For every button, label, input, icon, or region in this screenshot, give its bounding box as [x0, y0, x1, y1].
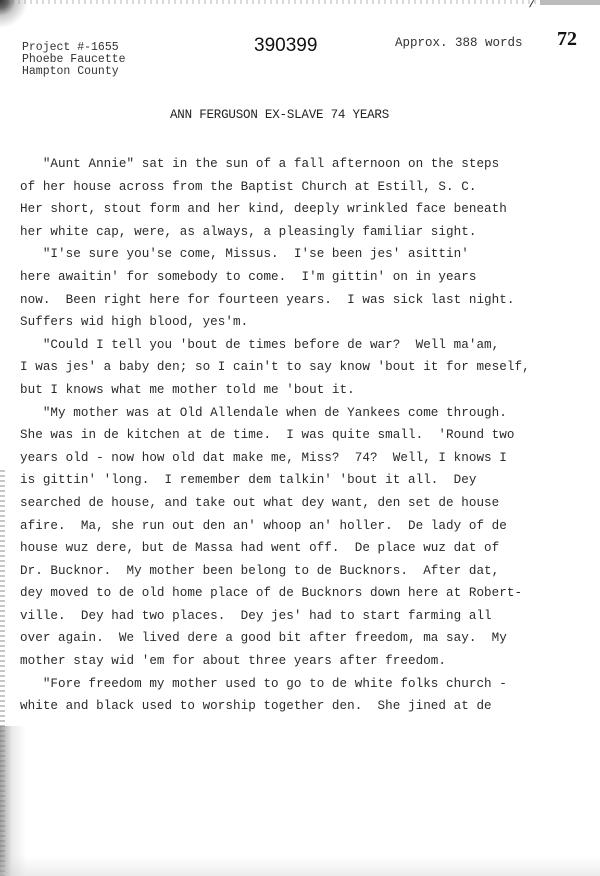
document-number: 390399 — [254, 35, 317, 57]
text-line: now. Been right here for fourteen years.… — [20, 292, 590, 315]
text-line: Her short, stout form and her kind, deep… — [20, 201, 590, 224]
scan-corner-tear — [540, 0, 600, 5]
document-title: ANN FERGUSON EX-SLAVE 74 YEARS — [170, 108, 389, 122]
text-line: "Fore freedom my mother used to go to de… — [20, 676, 590, 699]
scan-corner-shadow — [0, 0, 30, 30]
word-count: Approx. 388 words — [395, 36, 523, 50]
text-line: her white cap, were, as always, a pleasi… — [20, 224, 590, 247]
text-line: but I knows what me mother told me 'bout… — [20, 382, 590, 405]
text-line: "I'se sure you'se come, Missus. I'se bee… — [20, 246, 590, 269]
text-line: of her house across from the Baptist Chu… — [20, 179, 590, 202]
scan-bottom-left-shadow — [0, 726, 26, 876]
text-line: ville. Dey had two places. Dey jes' had … — [20, 608, 590, 631]
text-line: Suffers wid high blood, yes'm. — [20, 314, 590, 337]
body-text: "Aunt Annie" sat in the sun of a fall af… — [20, 156, 590, 721]
text-line: "Aunt Annie" sat in the sun of a fall af… — [20, 156, 590, 179]
text-line: afire. Ma, she run out den an' whoop an'… — [20, 518, 590, 541]
text-line: house wuz dere, but de Massa had went of… — [20, 540, 590, 563]
text-line: over again. We lived dere a good bit aft… — [20, 630, 590, 653]
text-line: mother stay wid 'em for about three year… — [20, 653, 590, 676]
text-line: white and black used to worship together… — [20, 698, 590, 721]
text-line: I was jes' a baby den; so I cain't to sa… — [20, 359, 590, 382]
text-line: years old - now how old dat make me, Mis… — [20, 450, 590, 473]
text-line: is gittin' 'long. I remember dem talkin'… — [20, 472, 590, 495]
text-line: She was in de kitchen at de time. I was … — [20, 427, 590, 450]
page-number: 72 — [557, 28, 577, 51]
document-page: Project #-1655 Phoebe Faucette Hampton C… — [0, 0, 600, 876]
project-info: Project #-1655 Phoebe Faucette Hampton C… — [22, 42, 126, 78]
scan-bottom-edge — [0, 856, 600, 876]
text-line: searched de house, and take out what dey… — [20, 495, 590, 518]
county: Hampton County — [22, 66, 126, 78]
text-line: "My mother was at Old Allendale when de … — [20, 405, 590, 428]
text-line: "Could I tell you 'bout de times before … — [20, 337, 590, 360]
text-line: dey moved to de old home place of de Buc… — [20, 585, 590, 608]
scan-top-edge — [0, 0, 600, 4]
text-line: here awaitin' for somebody to come. I'm … — [20, 269, 590, 292]
text-line: Dr. Bucknor. My mother been belong to de… — [20, 563, 590, 586]
